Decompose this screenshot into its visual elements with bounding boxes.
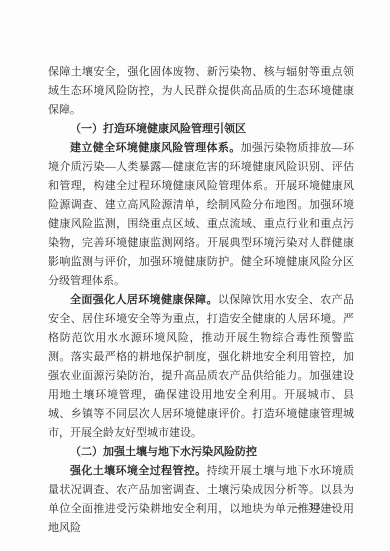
section2-paragraph-1-lead: 强化土壤环境全过程管控。 — [70, 465, 207, 477]
section-heading-2: （二）加强土壤与地下水污染风险防控 — [48, 443, 354, 462]
document-page: 保障土壤安全，强化固体废物、新污染物、核与辐射等重点领域生态环境风险防控，为人民… — [0, 0, 390, 551]
page-number: — 33 — — [293, 501, 338, 513]
section2-paragraph-1: 强化土壤环境全过程管控。持续开展土壤与地下水环境质量状况调查、农产品加密调查、土… — [48, 462, 354, 538]
section-heading-1: （一）打造环境健康风险管理引领区 — [48, 120, 354, 139]
section1-paragraph-1-lead: 建立健全环境健康风险管理体系。 — [70, 142, 241, 154]
continuation-paragraph: 保障土壤安全，强化固体废物、新污染物、核与辐射等重点领域生态环境风险防控，为人民… — [48, 63, 354, 120]
section1-paragraph-1: 建立健全环境健康风险管理体系。加强污染物质排放—环境介质污染—人类暴露—健康危害… — [48, 139, 354, 291]
section1-paragraph-1-body: 加强污染物质排放—环境介质污染—人类暴露—健康危害的环境健康风险识别、评估和管理… — [48, 142, 354, 287]
section1-paragraph-2: 全面强化人居环境健康保障。以保障饮用水安全、农产品安全、居住环境安全等为重点，打… — [48, 291, 354, 443]
section1-paragraph-2-body: 以保障饮用水安全、农产品安全、居住环境安全等为重点，打造安全健康的人居环境。严格… — [48, 294, 354, 439]
text-block: 保障土壤安全，强化固体废物、新污染物、核与辐射等重点领域生态环境风险防控，为人民… — [48, 63, 354, 538]
section1-paragraph-2-lead: 全面强化人居环境健康保障。 — [70, 294, 218, 306]
